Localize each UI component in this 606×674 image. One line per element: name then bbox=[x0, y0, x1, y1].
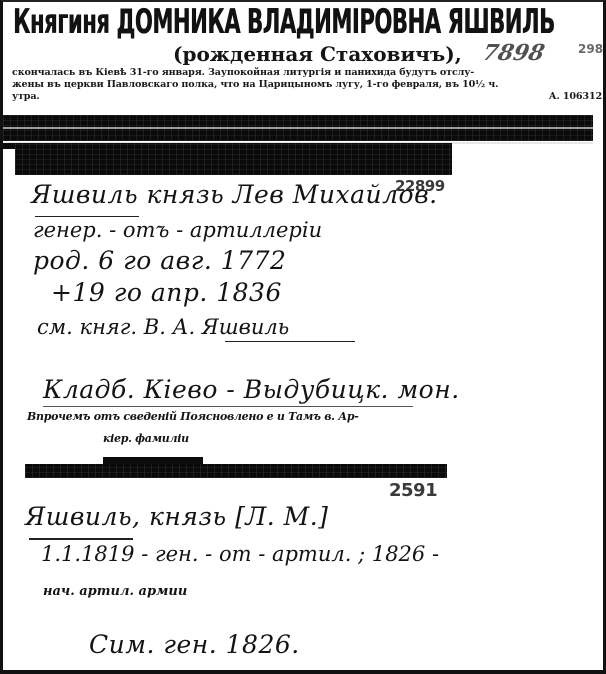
card-1-name-underline bbox=[35, 216, 139, 217]
obituary-line: утра. А. 106312 bbox=[12, 91, 602, 103]
card-3-line-2: 1.1.1819 - ген. - от - артил. ; 1826 - bbox=[41, 542, 439, 566]
obituary-subtitle: (рожденная Стаховичъ), bbox=[173, 42, 462, 66]
card-1-line-5-underline bbox=[225, 341, 355, 342]
card-2-line-1-underline bbox=[43, 406, 413, 407]
obituary-reference-number: А. 106312 bbox=[549, 91, 602, 103]
scan-bar-streak bbox=[3, 127, 593, 129]
card-3-line-3: нач. артил. армии bbox=[43, 584, 187, 599]
card-3-catalog-number: 2591 bbox=[389, 480, 437, 501]
obituary-title: Княгиня ДОМНИКА ВЛАДИМІРОВНА ЯШВИЛЬ bbox=[13, 4, 603, 42]
document-scan: Княгиня ДОМНИКА ВЛАДИМІРОВНА ЯШВИЛЬ (рож… bbox=[0, 0, 606, 674]
scan-bar-edge bbox=[3, 143, 15, 149]
card-3-name-underline bbox=[29, 538, 133, 540]
obituary-line: скончалась въ Кіевѣ 31-го января. Заупок… bbox=[12, 67, 602, 79]
card-1-line-4: +19 го апр. 1836 bbox=[51, 278, 282, 307]
scan-bar-middle bbox=[15, 143, 452, 175]
scan-bar-lower bbox=[25, 464, 447, 478]
handwritten-number: 7898 bbox=[480, 40, 547, 66]
card-1-line-5: см. княг. В. А. Яшвиль bbox=[37, 315, 289, 339]
card-3-name: Яшвиль, князь [Л. М.] bbox=[25, 502, 328, 531]
card-1-line-3: род. 6 го авг. 1772 bbox=[33, 246, 286, 275]
card-2-line-1: Кладб. Кіево - Выдубицк. мон. bbox=[43, 375, 460, 404]
obituary-line-left: утра. bbox=[12, 91, 40, 103]
handwritten-number-small: 298 bbox=[578, 42, 603, 56]
card-1-name: Яшвиль князь Лев Михайлов. bbox=[31, 180, 438, 209]
obituary-body: скончалась въ Кіевѣ 31-го января. Заупок… bbox=[12, 67, 602, 103]
card-2-line-2: Впрочемъ отъ сведеній Поясновлено е и Та… bbox=[27, 410, 359, 423]
obituary-line: жены въ церкви Павловскаго полка, что на… bbox=[12, 79, 602, 91]
obituary-title-text: Княгиня ДОМНИКА ВЛАДИМІРОВНА ЯШВИЛЬ bbox=[13, 4, 555, 42]
card-2-line-3: кіер. фамиліи bbox=[103, 432, 189, 445]
card-1-line-2: генер. - отъ - артиллеріи bbox=[33, 218, 322, 242]
card-3-line-4: Сим. ген. 1826. bbox=[89, 630, 300, 659]
